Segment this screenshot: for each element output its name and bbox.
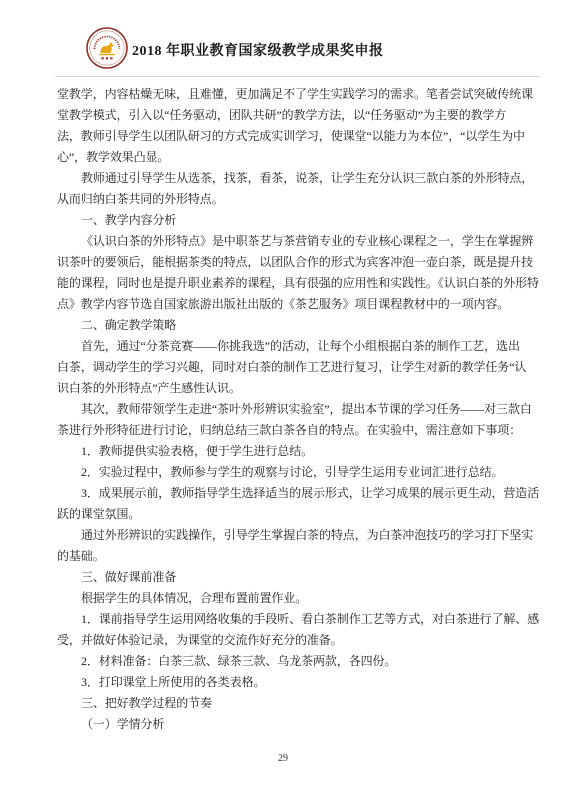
text-line: 识茶叶的要领后，能根据茶类的特点，以团队合作的形式为宾客冲泡一壶白茶，既是提升技 [57,252,511,273]
text-line: 2．材料准备：白茶三款、绿茶三款、乌龙茶两款，各四份。 [57,651,511,672]
text-line: 《认识白茶的外形特点》是中职茶艺与茶营销专业的专业核心课程之一，学生在掌握辨 [57,231,511,252]
text-line: 教师通过引导学生从选茶，找茶，看茶，说茶，让学生充分认识三款白茶的外形特点， [57,168,511,189]
text-line: 茶进行外形特征进行讨论，归纳总结三款白茶各自的特点。在实验中，需注意如下事项： [57,420,511,441]
text-line: 通过外形辨识的实践操作，引导学生掌握白茶的特点，为白茶冲泡技巧的学习打下坚实 [57,525,511,546]
text-line: 白茶，调动学生的学习兴趣，同时对白茶的制作工艺进行复习，让学生对新的教学任务“认 [57,357,511,378]
text-line: 1．课前指导学生运用网络收集的手段听、看白茶制作工艺等方式，对白茶进行了解、感 [57,609,511,630]
school-seal-icon [86,27,128,69]
text-line: 点》教学内容节选自国家旅游出版社出版的《茶艺服务》项目课程教材中的一项内容。 [57,294,511,315]
document-page: 2018 年职业教育国家级教学成果奖申报 堂教学，内容枯燥无味，且难懂，更加满足… [0,0,566,800]
text-line: 三、做好课前准备 [57,567,511,588]
text-line: 首先，通过“分茶竞赛——你挑我选”的活动，让每个小组根据白茶的制作工艺，选出 [57,336,511,357]
text-line: （一）学情分析 [57,714,511,735]
text-line: 堂教学模式，引入以“任务驱动，团队共研”的教学方法，以“任务驱动”为主要的教学方 [57,105,511,126]
text-line: 堂教学，内容枯燥无味，且难懂，更加满足不了学生实践学习的需求。笔者尝试突破传统课 [57,84,511,105]
text-line: 受，并做好体验记录，为课堂的交流作好充分的准备。 [57,630,511,651]
page-footer: 29 [0,748,566,766]
text-line: 三、把好教学过程的节奏 [57,693,511,714]
text-line: 3．打印课堂上所使用的各类表格。 [57,672,511,693]
text-line: 2．实验过程中，教师参与学生的观察与讨论，引导学生运用专业词汇进行总结。 [57,462,511,483]
document-body: 堂教学，内容枯燥无味，且难懂，更加满足不了学生实践学习的需求。笔者尝试突破传统课… [57,84,511,735]
text-line: 跃的课堂氛围。 [57,504,511,525]
text-line: 的基础。 [57,546,511,567]
text-line: 法，教师引导学生以团队研习的方式完成实训学习，使课堂“以能力为本位”，“以学生为… [57,126,511,147]
page-header: 2018 年职业教育国家级教学成果奖申报 [0,0,566,78]
page-number: 29 [278,753,288,764]
text-line: 心”，教学效果凸显。 [57,147,511,168]
text-line: 从而归纳白茶共同的外形特点。 [57,189,511,210]
text-line: 识白茶的外形特点”产生感性认识。 [57,378,511,399]
text-line: 一、教学内容分析 [57,210,511,231]
text-line: 根据学生的具体情况，合理布置前置作业。 [57,588,511,609]
text-line: 1．教师提供实验表格，便于学生进行总结。 [57,441,511,462]
header-divider [55,76,541,77]
text-line: 能的课程，同时也是提升职业素养的课程，具有很强的应用性和实践性。《认识白茶的外形… [57,273,511,294]
text-line: 3．成果展示前，教师指导学生选择适当的展示形式，让学习成果的展示更生动，营造活 [57,483,511,504]
document-title: 2018 年职业教育国家级教学成果奖申报 [132,40,384,60]
text-line: 二、确定教学策略 [57,315,511,336]
text-line: 其次，教师带领学生走进“茶叶外形辨识实验室”，提出本节课的学习任务——对三款白 [57,399,511,420]
